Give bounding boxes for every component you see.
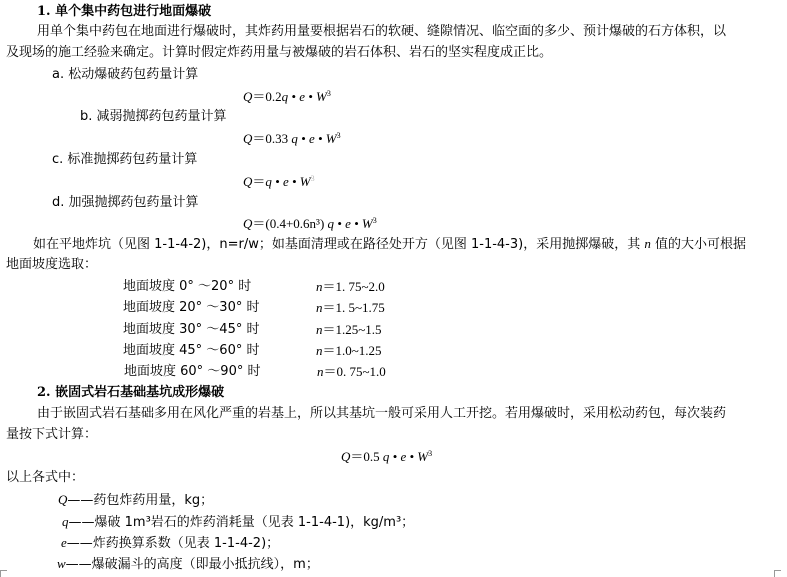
formula-coef: ＝0.2: [252, 89, 281, 104]
legend-entry: w——爆破漏斗的高度（即最小抵抗线），m；: [57, 554, 319, 574]
legend-text: ——爆破漏斗的高度（即最小抵抗线），m；: [66, 557, 319, 572]
formula-symbol: Q: [243, 174, 252, 189]
formula-exponent: 3: [311, 174, 315, 183]
formula-coef: ＝: [252, 174, 265, 189]
n-range: ＝1. 5~1.75: [323, 300, 385, 315]
crop-mark-bottom-left: [0, 570, 7, 577]
slope-row-value: n＝1. 75~2.0: [316, 277, 385, 297]
formula-exponent: 3: [337, 131, 341, 140]
formula-symbol: Q: [341, 449, 350, 464]
formula-symbol: Q: [243, 89, 252, 104]
slope-row-label: 地面坡度 30° ～45° 时: [123, 320, 259, 340]
formula-coef: ＝0.33: [252, 131, 291, 146]
crop-mark-bottom-right: [774, 570, 781, 577]
formula-rest: • e • W: [288, 89, 327, 104]
section-2-heading: 2. 嵌固式岩石基础基坑成形爆破: [37, 383, 224, 403]
formula-rest: • e • W: [334, 216, 373, 231]
formula-exponent: 3: [373, 216, 377, 225]
slope-row-label: 地面坡度 0° ～20° 时: [123, 277, 251, 297]
slope-row-value: n＝0. 75~1.0: [317, 362, 386, 382]
slope-row-label: 地面坡度 20° ～30° 时: [123, 298, 259, 318]
n-range: ＝1.25~1.5: [323, 322, 382, 337]
formula-rest: • e • W: [272, 174, 311, 189]
section-1-paragraph-line-2: 及现场的施工经验来确定。计算时假定炸药用量与被爆破的岩石体积、岩石的坚实程度成正…: [6, 43, 552, 63]
formula-d: Q＝(0.4+0.6n³) q • e • W3: [243, 214, 377, 234]
item-c-label: c. 标准抛掷药包药量计算: [52, 150, 197, 170]
slope-row-value: n＝1.0~1.25: [316, 341, 382, 361]
legend-text: ——爆破 1m³岩石的炸药消耗量（见表 1-1-4-1)，kg/m³；: [69, 515, 415, 530]
legend-text: ——药包炸药用量，kg；: [67, 493, 213, 508]
item-a-label: a. 松动爆破药包药量计算: [52, 65, 198, 85]
section-2-paragraph-line-1: 由于嵌固式岩石基础多用在风化严重的岩基上，所以其基坑一般可采用人工开挖。若用爆破…: [37, 404, 726, 424]
formula-coef: ＝(0.4+0.6n³): [252, 216, 327, 231]
formula-rest: • e • W: [389, 449, 428, 464]
slope-row-label: 地面坡度 45° ～60° 时: [123, 341, 259, 361]
legend-entry: e——炸药换算系数（见表 1-1-4-2)；: [61, 533, 279, 553]
section-1-heading: 1. 单个集中药包进行地面爆破: [37, 2, 211, 22]
text-run: 如在平地炸坑（见图 1-1-4-2)，n=r/w；如基面清理或在路径处开方（见图…: [33, 237, 644, 252]
legend-text: ——炸药换算系数（见表 1-1-4-2)；: [67, 536, 279, 551]
formula-exponent: 3: [428, 449, 432, 458]
legend-symbol: Q: [58, 492, 67, 507]
formula-rest: • e • W: [298, 131, 337, 146]
legend-entry: Q——药包炸药用量，kg；: [58, 490, 213, 510]
text-run: 值的大小可根据: [651, 237, 746, 252]
formula-section-2: Q＝0.5 q • e • W3: [341, 447, 432, 467]
formula-c: Q＝q • e • W3: [243, 172, 315, 192]
slope-row-value: n＝1. 5~1.75: [316, 298, 385, 318]
section-1-paragraph-line-1: 用单个集中药包在地面进行爆破时，其炸药用量要根据岩石的软硬、缝隙情况、临空面的多…: [37, 22, 726, 42]
legend-symbol: w: [57, 556, 66, 571]
formula-exponent: 3: [327, 89, 331, 98]
formula-a: Q＝0.2q • e • W3: [243, 87, 331, 107]
formula-symbol: Q: [243, 131, 252, 146]
slope-row-value: n＝1.25~1.5: [316, 320, 382, 340]
legend-intro: 以上各式中：: [6, 468, 84, 488]
n-range: ＝0. 75~1.0: [324, 364, 386, 379]
formula-symbol: Q: [243, 216, 252, 231]
item-b-label: b. 减弱抛掷药包药量计算: [80, 107, 227, 127]
legend-entry: q——爆破 1m³岩石的炸药消耗量（见表 1-1-4-1)，kg/m³；: [62, 512, 414, 532]
slope-row-label: 地面坡度 60° ～90° 时: [124, 362, 260, 382]
section-1-paragraph-2-line-2: 地面坡度选取：: [6, 255, 97, 275]
item-d-label: d. 加强抛掷药包药量计算: [52, 193, 199, 213]
section-2-paragraph-line-2: 量按下式计算：: [6, 425, 97, 445]
formula-b: Q＝0.33 q • e • W3: [243, 129, 341, 149]
n-range: ＝1.0~1.25: [323, 343, 382, 358]
section-1-paragraph-2-line-1: 如在平地炸坑（见图 1-1-4-2)，n=r/w；如基面清理或在路径处开方（见图…: [33, 234, 746, 254]
formula-coef: ＝0.5: [350, 449, 383, 464]
n-range: ＝1. 75~2.0: [323, 279, 385, 294]
